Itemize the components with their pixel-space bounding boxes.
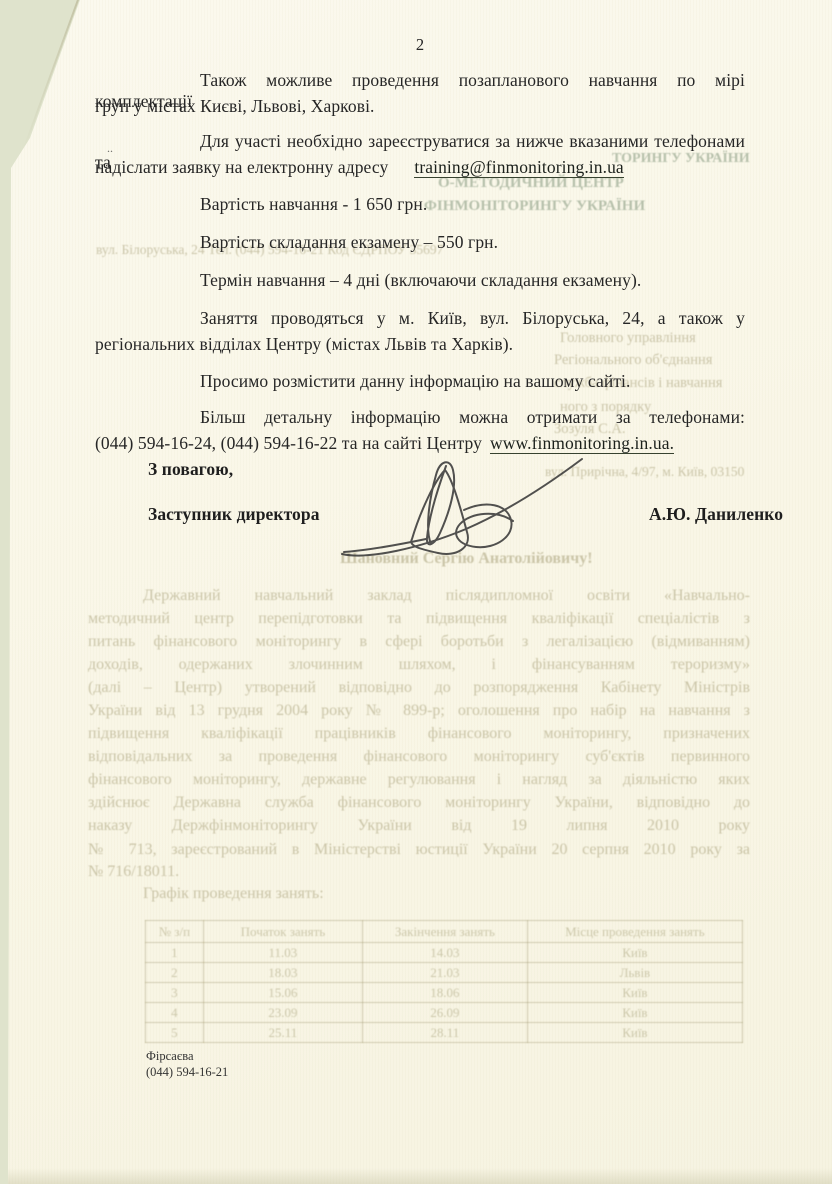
ghost-cell: 11.03 [203,943,362,963]
ghost-table-row: 2 18.03 21.03 Львів [146,963,743,983]
paragraph-6-line-2: регіональних відділах Центру (містах Льв… [95,334,745,355]
cost-exam-line: Вартість складання екзамену – 550 грн. [95,232,745,253]
ghost-col-header: Закінчення занять [363,921,528,943]
ghost-cell: 14.03 [363,943,528,963]
footer-contact: Фірсаєва (044) 594-16-21 [146,1048,228,1080]
page-number: 2 [95,34,745,55]
paragraph-6-line-1: Заняття проводяться у м. Київ, вул. Біло… [95,308,745,329]
ghost-cell: Львів [527,963,742,983]
ghost-paragraph-line: доходів, одержаних злочинним шляхом, і ф… [88,655,750,675]
ghost-cell: Київ [527,943,742,963]
ghost-cell: 3 [146,983,204,1003]
ghost-paragraph-line: фінансового моніторингу, державне регулю… [88,770,750,790]
ghost-paragraph-line: № 716/18011. [88,862,179,882]
ghost-paragraph-line: України від 13 грудня 2004 року № 899-р;… [88,701,750,721]
paragraph-2-line-2-text: надіслати заявку на електронну адресу [95,157,388,177]
ghost-schedule-heading: Графік проведення занять: [143,884,324,904]
ghost-cell: Київ [527,1023,742,1043]
ghost-cell: 1 [146,943,204,963]
ghost-cell: 25.11 [203,1023,362,1043]
ghost-cell: 18.03 [203,963,362,983]
ghost-paragraph-line: підвищення кваліфікації працівників фіна… [88,724,750,744]
ghost-cell: 15.06 [203,983,362,1003]
paragraph-8-line-1: Більш детальну інформацію можна отримати… [95,407,745,428]
ghost-paragraph-line: наказу Держфінмоніторингу України від 19… [88,816,750,836]
duration-line: Термін навчання – 4 дні (включаючи склад… [95,270,745,291]
letter-page: ТОРИНГУ УКРАЇНИ О-МЕТОДИЧНИЙ ЦЕНТР ФІНМО… [0,0,832,1184]
footer-contact-name: Фірсаєва [146,1048,228,1064]
ghost-cell: Київ [527,1003,742,1023]
ghost-cell: 18.06 [363,983,528,1003]
ghost-table-row: 3 15.06 18.06 Київ [146,983,743,1003]
ghost-col-header: Початок занять [203,921,362,943]
ghost-table-row: 5 25.11 28.11 Київ [146,1023,743,1043]
ghost-cell: 2 [146,963,204,983]
handwritten-signature [328,446,590,564]
ghost-col-header: № з/п [146,921,204,943]
ghost-cell: 5 [146,1023,204,1043]
request-line: Просимо розмістити данну інформацію на в… [95,371,745,392]
ghost-paragraph-line: Державний навчальний заклад післядипломн… [88,586,750,606]
ghost-cell: 4 [146,1003,204,1023]
ghost-table-row: 4 23.09 26.09 Київ [146,1003,743,1023]
ghost-cell: Київ [527,983,742,1003]
ghost-paragraph-line: питань фінансового моніторингу в сфері б… [88,632,750,652]
ghost-cell: 23.09 [203,1003,362,1023]
ghost-paragraph-line: № 713, зареєстрований в Міністерстві юст… [88,840,750,860]
ghost-schedule-table: № з/п Початок занять Закінчення занять М… [145,920,743,1043]
ghost-cell: 21.03 [363,963,528,983]
scanned-letter: { "page_number": "2", "paragraphs": { "p… [0,0,832,1184]
ghost-paragraph-line: (далі – Центр) утворений відповідно до р… [88,678,750,698]
signer-name: А.Ю. Даниленко [649,504,829,525]
paragraph-2-line-2: надіслати заявку на електронну адресуtra… [95,157,745,178]
ghost-paragraph-line: методичний центр перепідготовки та підви… [88,609,750,629]
footer-contact-phone: (044) 594-16-21 [146,1064,228,1080]
ghost-paragraph-line: здійснює Державна служба фінансового мон… [88,793,750,813]
ghost-table-header-row: № з/п Початок занять Закінчення занять М… [146,921,743,943]
ghost-paragraph-line: відповідальних за проведення фінансового… [88,747,750,767]
ghost-cell: 28.11 [363,1023,528,1043]
scan-bottom-shadow [0,1168,832,1184]
ghost-col-header: Місце проведення занять [527,921,742,943]
cost-training-line: Вартість навчання - 1 650 грн. [95,194,745,215]
ghost-cell: 26.09 [363,1003,528,1023]
paragraph-1-line-2: груп у містах Києві, Львові, Харкові. [95,96,745,117]
email-link[interactable]: training@finmonitoring.in.ua [414,157,623,178]
ghost-table-row: 1 11.03 14.03 Київ [146,943,743,963]
